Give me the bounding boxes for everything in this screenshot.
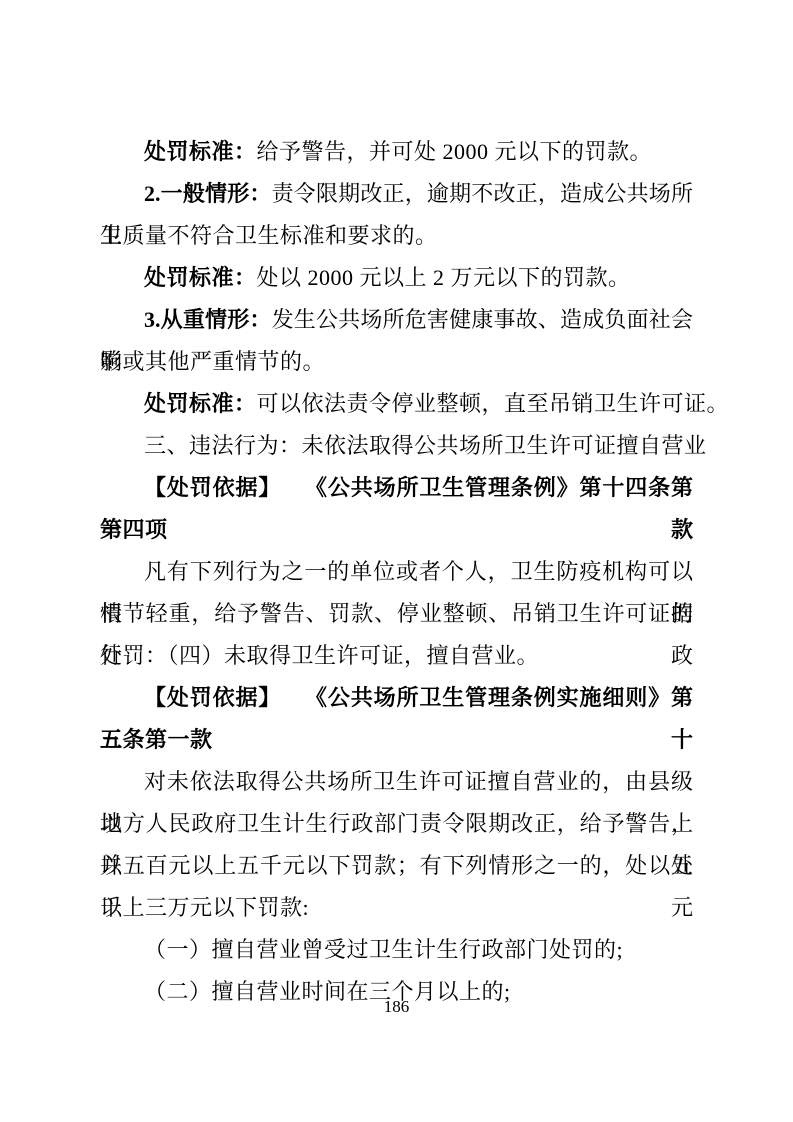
bold-run: 第四项: [100, 517, 168, 542]
bold-run: 处罚标准：: [144, 139, 257, 164]
doc-line: 处罚标准：给予警告，并可处 2000 元以下的罚款。: [100, 131, 693, 173]
text-run: 处以 2000 元以上 2 万元以下的罚款。: [257, 265, 631, 290]
text-run: （一）擅自营业曾受过卫生计生行政部门处罚的;: [144, 937, 623, 962]
bold-run: 处罚标准：: [144, 391, 257, 416]
doc-line: 【处罚依据】 《公共场所卫生管理条例》第十四条第一款: [100, 467, 693, 509]
doc-line: （一）擅自营业曾受过卫生计生行政部门处罚的;: [100, 929, 693, 971]
doc-line: 生质量不符合卫生标准和要求的。: [100, 215, 693, 257]
text-run: 生质量不符合卫生标准和要求的。: [100, 223, 438, 248]
doc-line: 三、违法行为：未依法取得公共场所卫生许可证擅自营业: [100, 425, 693, 467]
doc-line: 【处罚依据】 《公共场所卫生管理条例实施细则》第三十: [100, 677, 693, 719]
document-page: 处罚标准：给予警告，并可处 2000 元以下的罚款。 2.一般情形：责令限期改正…: [0, 0, 793, 1122]
doc-line: 情节轻重，给予警告、罚款、停业整顿、吊销卫生许可证的行政: [100, 593, 693, 635]
text-run: 响或其他严重情节的。: [100, 349, 325, 374]
text-run: 给予警告，并可处 2000 元以下的罚款。: [257, 139, 653, 164]
doc-line: 3.从重情形：发生公共场所危害健康事故、造成负面社会影: [100, 299, 693, 341]
bold-run: 【处罚依据】 《公共场所卫生管理条例》第十四条第一款: [100, 475, 693, 542]
text-run: 可以依法责令停业整顿，直至吊销卫生许可证。: [257, 391, 730, 416]
doc-line: 处罚标准：可以依法责令停业整顿，直至吊销卫生许可证。: [100, 383, 693, 425]
bold-run: 2.一般情形：: [144, 181, 272, 206]
doc-line: 处罚标准：处以 2000 元以上 2 万元以下的罚款。: [100, 257, 693, 299]
page-number: 186: [0, 996, 793, 1018]
text-run: 处罚：（四）未取得卫生许可证，擅自营业。: [100, 643, 539, 668]
doc-line: 以五百元以上五千元以下罚款；有下列情形之一的，处以五千元: [100, 845, 693, 887]
text-run: 三、违法行为：未依法取得公共场所卫生许可证擅自营业: [144, 433, 707, 458]
doc-line: 响或其他严重情节的。: [100, 341, 693, 383]
doc-line: 凡有下列行为之一的单位或者个人，卫生防疫机构可以根据: [100, 551, 693, 593]
text-run: 以上三万元以下罚款:: [100, 895, 309, 920]
doc-line: 对未依法取得公共场所卫生许可证擅自营业的，由县级以上: [100, 761, 693, 803]
document-body: 处罚标准：给予警告，并可处 2000 元以下的罚款。 2.一般情形：责令限期改正…: [100, 131, 693, 1013]
doc-line: 2.一般情形：责令限期改正，逾期不改正，造成公共场所卫: [100, 173, 693, 215]
doc-line: 地方人民政府卫生计生行政部门责令限期改正，给予警告，并处: [100, 803, 693, 845]
bold-run: 处罚标准：: [144, 265, 257, 290]
bold-run: 五条第一款: [100, 727, 213, 752]
bold-run: 3.从重情形：: [144, 307, 272, 332]
